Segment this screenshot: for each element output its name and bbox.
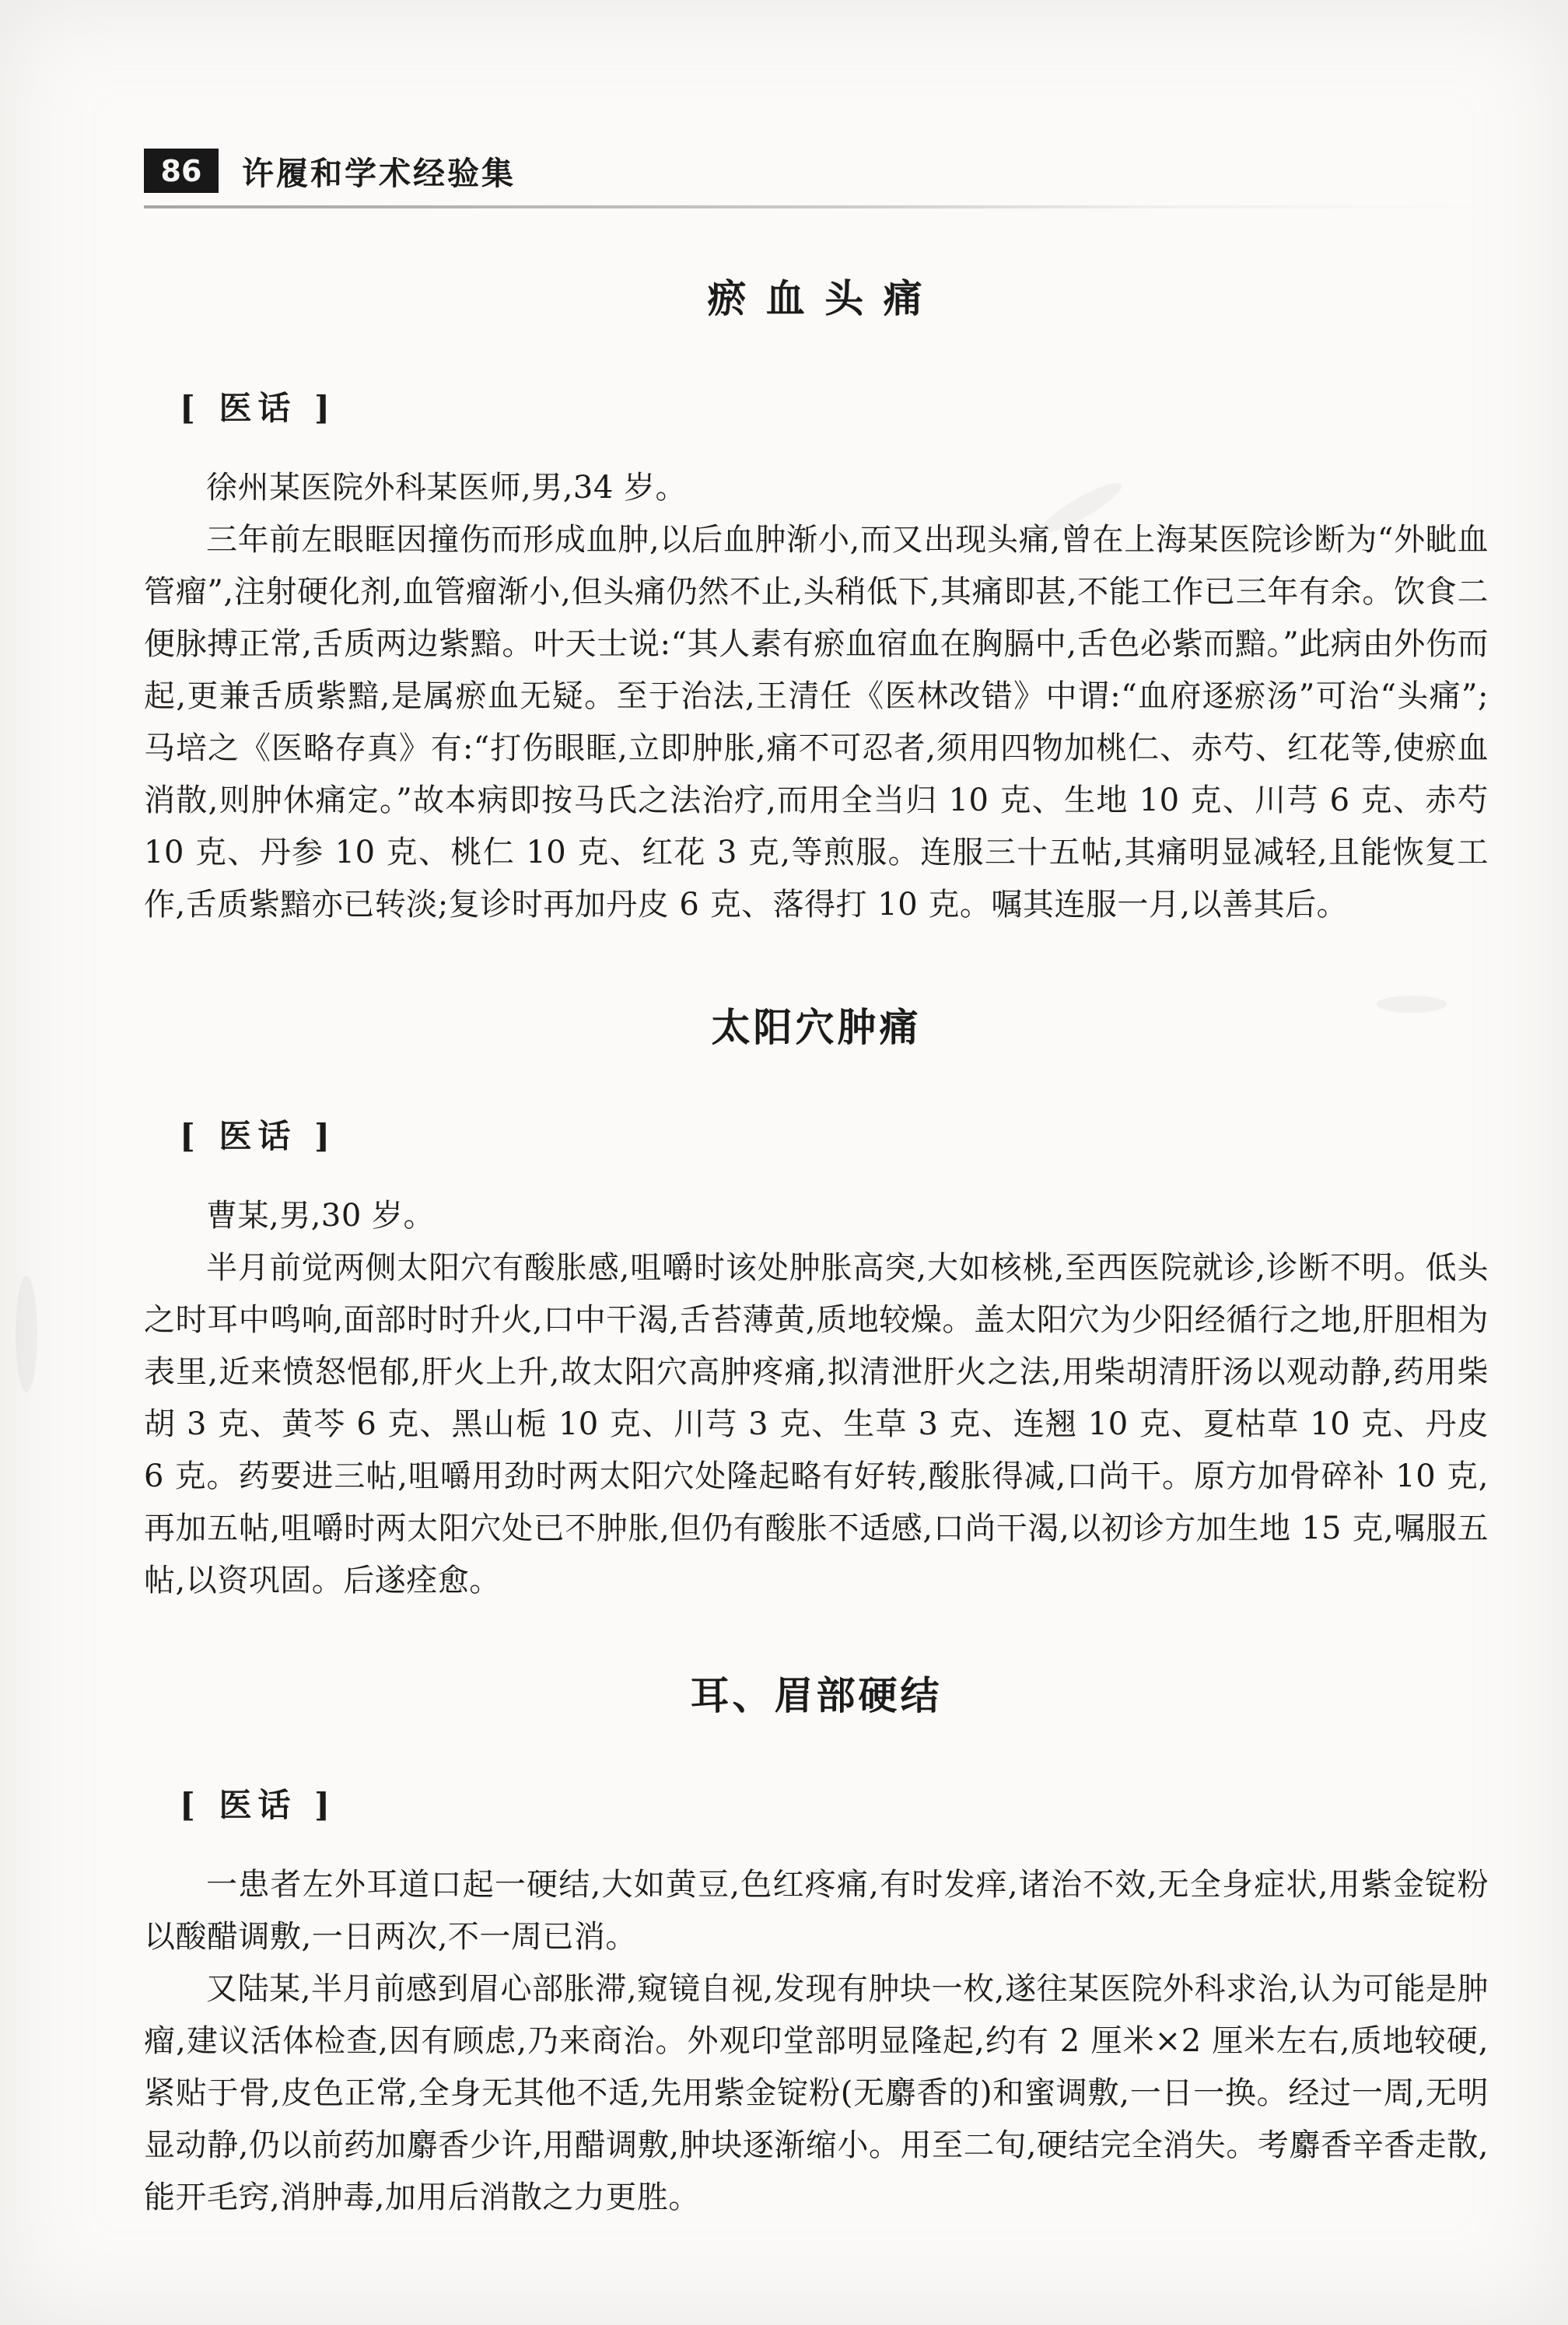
book-page: 86 许履和学术经验集 瘀 血 头 痛 [ 医话 ] 徐州某医院外科某医师,男,… <box>0 0 1568 2325</box>
page-content: 86 许履和学术经验集 瘀 血 头 痛 [ 医话 ] 徐州某医院外科某医师,男,… <box>0 148 1568 2224</box>
paragraph-case-narrative: 半月前觉两侧太阳穴有酸胀感,咀嚼时该处肿胀高突,大如核桃,至西医院就诊,诊断不明… <box>144 1242 1489 1607</box>
page-number-badge: 86 <box>144 149 219 193</box>
paragraph-case-narrative: 三年前左眼眶因撞伤而形成血肿,以后血肿渐小,而又出现头痛,曾在上海某医院诊断为“… <box>144 514 1489 931</box>
section-taiyangxue-zhongtong: 太阳穴肿痛 [ 医话 ] 曹某,男,30 岁。 半月前觉两侧太阳穴有酸胀感,咀嚼… <box>144 1006 1489 1608</box>
case-label: [ 医话 ] <box>180 383 1489 429</box>
section-er-meibu-yingjie: 耳、眉部硬结 [ 医话 ] 一患者左外耳道口起一硬结,大如黄豆,色红疼痛,有时发… <box>144 1674 1489 2224</box>
running-head: 86 许履和学术经验集 <box>144 148 1489 194</box>
paragraph-case-one: 一患者左外耳道口起一硬结,大如黄豆,色红疼痛,有时发痒,诸治不效,无全身症状,用… <box>144 1859 1489 1963</box>
paragraph-patient-info: 曹某,男,30 岁。 <box>144 1190 1489 1242</box>
book-title: 许履和学术经验集 <box>242 148 516 194</box>
case-label: [ 医话 ] <box>180 1111 1489 1157</box>
paragraph-patient-info: 徐州某医院外科某医师,男,34 岁。 <box>144 462 1489 514</box>
section-title: 瘀 血 头 痛 <box>144 277 1489 322</box>
header-rule <box>144 205 1489 208</box>
section-body: 徐州某医院外科某医师,男,34 岁。 三年前左眼眶因撞伤而形成血肿,以后血肿渐小… <box>144 462 1489 931</box>
section-title: 太阳穴肿痛 <box>144 1006 1489 1051</box>
paragraph-case-two: 又陆某,半月前感到眉心部胀滞,窥镜自视,发现有肿块一枚,遂往某医院外科求治,认为… <box>144 1963 1489 2224</box>
section-yuxue-toutong: 瘀 血 头 痛 [ 医话 ] 徐州某医院外科某医师,男,34 岁。 三年前左眼眶… <box>144 277 1489 931</box>
section-title: 耳、眉部硬结 <box>144 1674 1489 1719</box>
section-body: 一患者左外耳道口起一硬结,大如黄豆,色红疼痛,有时发痒,诸治不效,无全身症状,用… <box>144 1859 1489 2224</box>
section-body: 曹某,男,30 岁。 半月前觉两侧太阳穴有酸胀感,咀嚼时该处肿胀高突,大如核桃,… <box>144 1190 1489 1607</box>
case-label: [ 医话 ] <box>180 1780 1489 1826</box>
